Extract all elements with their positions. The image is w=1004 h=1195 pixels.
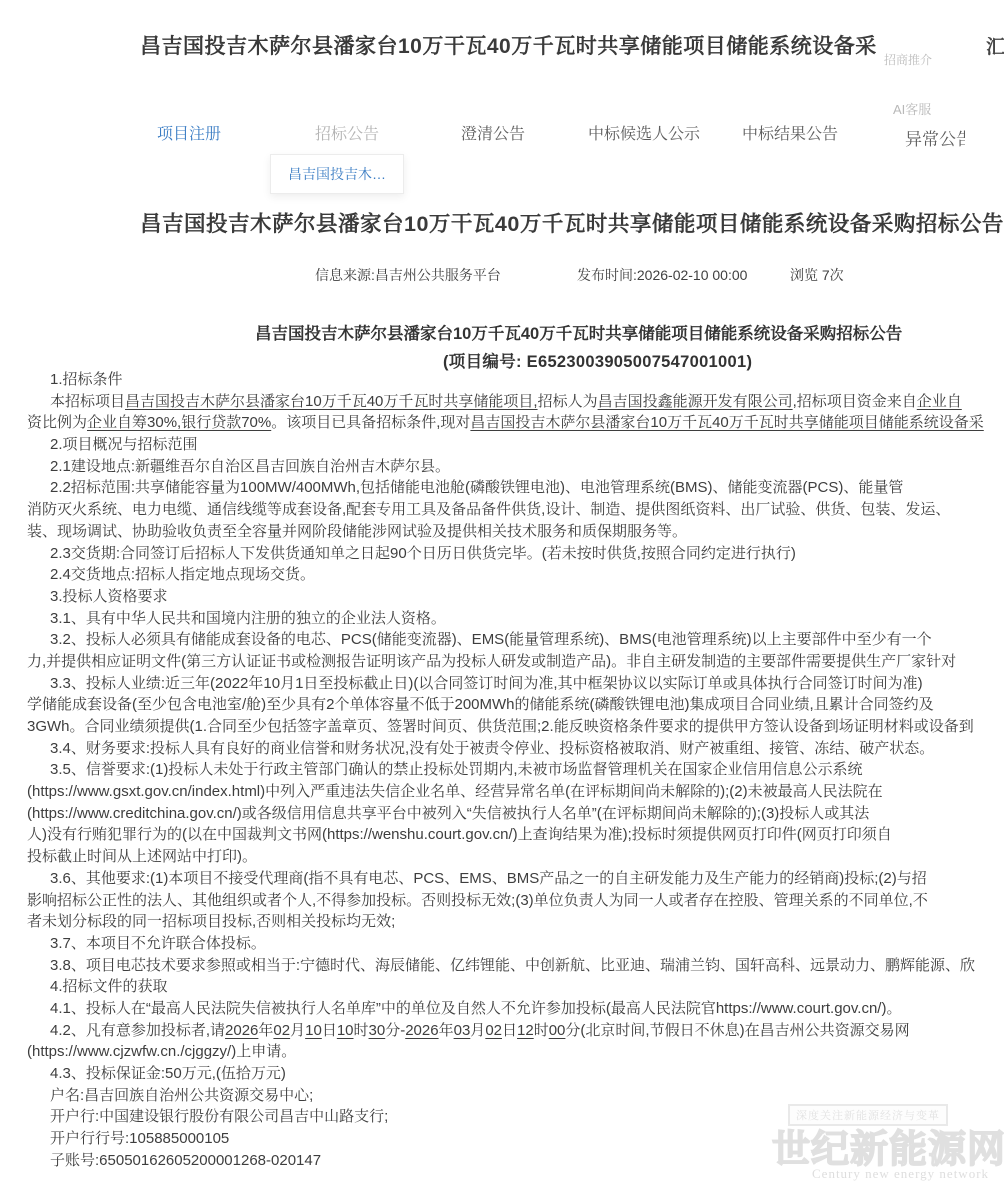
doc-line: 2.项目概况与招标范围 [27, 434, 1004, 456]
document-title: 昌吉国投吉木萨尔县潘家台10万千瓦40万千瓦时共享储能项目储能系统设备采购招标公… [255, 320, 902, 344]
doc-line: 3.8、项目电芯技术要求参照或相当于:宁德时代、海辰储能、亿纬锂能、中创新航、比… [27, 955, 1004, 977]
doc-line: 力,并提供相应证明文件(第三方认证证书或检测报告证明该产品为投标人研发或制造产品… [27, 651, 1004, 673]
doc-line: 消防灭火系统、电力电缆、通信线缆等成套设备,配套专用工具及备品备件供货,设计、制… [27, 499, 1004, 521]
doc-line: 3.6、其他要求:(1)本项目不接受代理商(指不具有电芯、PCS、EMS、BMS… [27, 868, 1004, 890]
tab-clarify-notice[interactable]: 澄清公告 [461, 121, 525, 144]
tab-result-notice[interactable]: 中标结果公告 [742, 121, 838, 144]
tab-bid-notice[interactable]: 招标公告 [315, 121, 379, 144]
doc-line: 4.3、投标保证金:50万元,(伍拾万元) [27, 1063, 1004, 1085]
doc-line: 3GWh。合同业绩须提供(1.合同至少包括签字盖章页、签署时间页、供货范围;2.… [27, 716, 1004, 738]
doc-line: 影响招标公正性的法人、其他组织或者个人,不得参加投标。否则投标无效;(3)单位负… [27, 890, 1004, 912]
doc-line: 学储能成套设备(至少包含电池室/舱)至少具有2个单体容量不低于200MWh的储能… [27, 694, 1004, 716]
doc-line: 4.2、凡有意参加投标者,请2026年02月10日10时30分-2026年03月… [27, 1020, 1004, 1042]
doc-line: 3.2、投标人必须具有储能成套设备的电芯、PCS(储能变流器)、EMS(能量管理… [27, 629, 1004, 651]
doc-line: 4.1、投标人在“最高人民法院失信被执行人名单库”中的单位及自然人不允许参加投标… [27, 998, 1004, 1020]
doc-line: 人)没有行贿犯罪行为的(以在中国裁判文书网(https://wenshu.cou… [27, 824, 1004, 846]
tab-abnormal-notice[interactable]: 异常公告 [905, 125, 965, 150]
doc-line: 2.4交货地点:招标人指定地点现场交货。 [27, 564, 1004, 586]
doc-line: (https://www.gsxt.gov.cn/index.html)中列入严… [27, 781, 1004, 803]
project-dropdown-item[interactable]: 昌吉国投吉木… [270, 154, 404, 194]
document-body: 1.招标条件本招标项目昌吉国投吉木萨尔县潘家台10万千瓦40万千瓦时共享储能项目… [27, 369, 1004, 1171]
view-count: 浏览 7次 [790, 265, 844, 285]
watermark-brand: 世纪新能源网 [772, 1118, 1004, 1173]
doc-line: 2.3交货期:合同签订后招标人下发供货通知单之日起90个日历日供货完毕。(若未按… [27, 543, 1004, 565]
doc-line: 2.1建设地点:新疆维吾尔自治区昌吉回族自治州吉木萨尔县。 [27, 456, 1004, 478]
doc-line: 3.5、信誉要求:(1)投标人未处于行政主管部门确认的禁止投标处罚期内,未被市场… [27, 759, 1004, 781]
promo-badge: 招商推介 [884, 51, 932, 68]
watermark-subtitle: Century new energy network [812, 1166, 989, 1182]
doc-line: (https://www.creditchina.gov.cn/)或各级信用信息… [27, 803, 1004, 825]
tab-candidate-publicity[interactable]: 中标候选人公示 [588, 121, 700, 144]
doc-line: 投标截止时间从上述网站中打印)。 [27, 846, 1004, 868]
announcement-heading: 昌吉国投吉木萨尔县潘家台10万干瓦40万千瓦时共享储能项目储能系统设备采购招标公… [140, 207, 1004, 238]
doc-line: 本招标项目昌吉国投吉木萨尔县潘家台10万千瓦40万千瓦时共享储能项目,招标人为昌… [27, 391, 1004, 413]
info-source: 信息来源:昌吉州公共服务平台 [315, 265, 501, 285]
page-title: 昌吉国投吉木萨尔县潘家台10万干瓦40万千瓦时共享储能项目储能系统设备采 [140, 30, 877, 60]
doc-line: 3.1、具有中华人民共和国境内注册的独立的企业法人资格。 [27, 608, 1004, 630]
doc-line: 3.4、财务要求:投标人具有良好的商业信誉和财务状况,没有处于被责令停业、投标资… [27, 738, 1004, 760]
doc-line: 3.7、本项目不允许联合体投标。 [27, 933, 1004, 955]
publish-time: 发布时间:2026-02-10 00:00 [577, 265, 747, 285]
doc-line: 3.投标人资格要求 [27, 586, 1004, 608]
doc-line: 2.2招标范围:共享储能容量为100MW/400MWh,包括储能电池舱(磷酸铁锂… [27, 477, 1004, 499]
doc-line: 4.招标文件的获取 [27, 976, 1004, 998]
doc-line: 3.3、投标人业绩:近三年(2022年10月1日至投标截止日)(以合同签订时间为… [27, 673, 1004, 695]
doc-line: 1.招标条件 [27, 369, 1004, 391]
doc-line: (https://www.cjzwfw.cn./cjggzy/)上申请。 [27, 1041, 1004, 1063]
doc-line: 装、现场调试、协助验收负责至全容量并网阶段储能涉网试验及提供相关技术服务和质保期… [27, 521, 1004, 543]
doc-line: 资比例为企业自筹30%,银行贷款70%。该项目已具备招标条件,现对昌吉国投吉木萨… [27, 412, 1004, 434]
tab-project-register[interactable]: 项目注册 [157, 121, 221, 144]
ai-service-link[interactable]: AI客服 [893, 99, 931, 118]
clipped-corner-glyph: 汇 [986, 32, 1004, 59]
doc-line: 者未划分标段的同一招标项目投标,否则相关投标均无效; [27, 911, 1004, 933]
